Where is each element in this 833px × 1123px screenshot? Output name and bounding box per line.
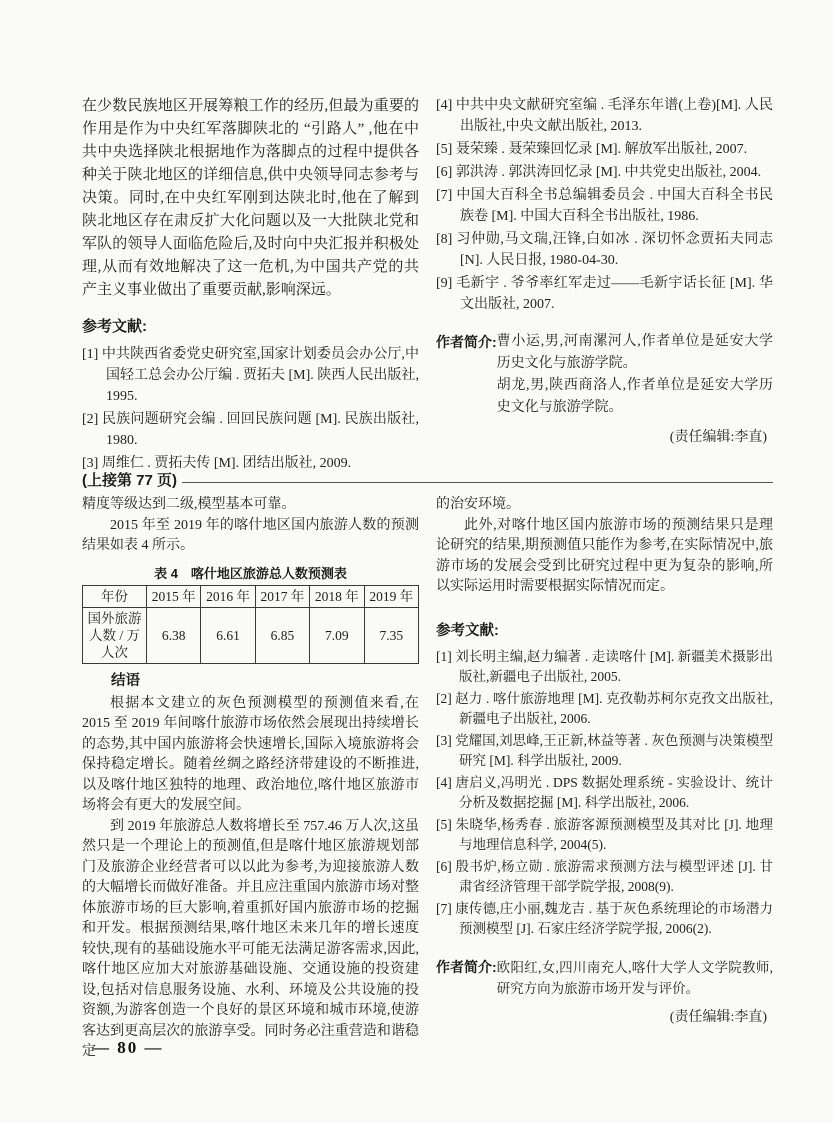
article2-paragraph: 的治安环境。 <box>436 495 773 516</box>
table-header-cell: 年份 <box>83 585 147 607</box>
reference-item: [2] 民族问题研究会编 . 回回民族问题 [M]. 民族出版社, 1980. <box>82 409 419 451</box>
article1-references-heading: 参考文献: <box>82 316 419 338</box>
reference-item: [2] 赵力 . 喀什旅游地理 [M]. 克孜勒苏柯尔克孜文出版社,新疆电子出版… <box>436 689 773 729</box>
author1-bio: 曹小运,男,河南漯河人,作者单位是延安大学历史文化与旅游学院。 <box>497 334 773 371</box>
continuation-header: (上接第 77 页) <box>82 470 773 492</box>
table4-tourist-forecast: 年份 2015 年 2016 年 2017 年 2018 年 2019 年 国外… <box>82 585 419 664</box>
article2-paragraph: 2015 年至 2019 年的喀什地区国内旅游人数的预测结果如表 4 所示。 <box>82 516 419 557</box>
table-header-cell: 2018 年 <box>310 585 364 607</box>
reference-item: [8] 习仲勋,马文瑞,汪锋,白如冰 . 深切怀念贾拓夫同志 [N]. 人民日报… <box>436 229 773 271</box>
article2-references-heading: 参考文献: <box>436 620 773 642</box>
reference-item: [7] 康传德,庄小丽,魏龙吉 . 基于灰色系统理论的市场潜力预测模型 [J].… <box>436 899 773 939</box>
reference-item: [6] 殷书炉,杨立勋 . 旅游需求预测方法与模型评述 [J]. 甘肃省经济管理… <box>436 857 773 897</box>
journal-page: 在少数民族地区开展筹粮工作的经历,但最为重要的作用是作为中央红军落脚陕北的 “引… <box>0 0 833 1123</box>
continuation-label: (上接第 77 页) <box>82 470 177 492</box>
reference-item: [9] 毛新宇 . 爷爷率红军走过——毛新宇话长征 [M]. 华文出版社, 20… <box>436 273 773 315</box>
reference-item: [5] 朱晓华,杨秀春 . 旅游客源预测模型及其对比 [J]. 地理与地理信息科… <box>436 815 773 855</box>
article1-author-bio: 作者简介: 曹小运,男,河南漯河人,作者单位是延安大学历史文化与旅游学院。 胡龙… <box>436 331 773 419</box>
table-value-cell: 6.38 <box>147 607 201 663</box>
author-bio-text: 欧阳红,女,四川南充人,喀什大学人文学院教师,研究方向为旅游市场开发与评价。 <box>497 957 773 999</box>
article2-editor-credit: (责任编辑:李直) <box>436 1007 773 1029</box>
author2-bio: 胡龙,男,陕西商洛人,作者单位是延安大学历史文化与旅游学院。 <box>497 378 773 415</box>
article1-left-column: 在少数民族地区开展筹粮工作的经历,但最为重要的作用是作为中央红军落脚陕北的 “引… <box>82 95 419 476</box>
reference-item: [3] 党耀国,刘思峰,王正新,林益等著 . 灰色预测与决策模型研究 [M]. … <box>436 731 773 771</box>
table-header-cell: 2015 年 <box>147 585 201 607</box>
table-header-row: 年份 2015 年 2016 年 2017 年 2018 年 2019 年 <box>83 585 419 607</box>
table-value-cell: 6.85 <box>255 607 309 663</box>
table-data-row: 国外旅游人数 / 万人次 6.38 6.61 6.85 7.09 7.35 <box>83 607 419 663</box>
article2-right-column: 的治安环境。 此外,对喀什地区国内旅游市场的预测结果只是理论研究的结果,期预测值… <box>436 495 773 1063</box>
article1-right-column: [4] 中共中央文献研究室编 . 毛泽东年谱(上卷)[M]. 人民出版社,中央文… <box>436 95 773 476</box>
article1-section: 在少数民族地区开展筹粮工作的经历,但最为重要的作用是作为中央红军落脚陕北的 “引… <box>82 95 773 476</box>
reference-item: [7] 中国大百科全书总编辑委员会 . 中国大百科全书民族卷 [M]. 中国大百… <box>436 185 773 227</box>
article2-section: (上接第 77 页) 精度等级达到二级,模型基本可靠。 2015 年至 2019… <box>82 470 773 1063</box>
article2-left-column: 精度等级达到二级,模型基本可靠。 2015 年至 2019 年的喀什地区国内旅游… <box>82 495 419 1063</box>
article2-paragraph: 根据本文建立的灰色预测模型的预测值来看,在 2015 至 2019 年间喀什旅游… <box>82 694 419 817</box>
article2-author-bio: 作者简介: 欧阳红,女,四川南充人,喀什大学人文学院教师,研究方向为旅游市场开发… <box>436 957 773 999</box>
article1-body-paragraph: 在少数民族地区开展筹粮工作的经历,但最为重要的作用是作为中央红军落脚陕北的 “引… <box>82 95 419 302</box>
table-value-cell: 7.09 <box>310 607 364 663</box>
author-bio-text: 曹小运,男,河南漯河人,作者单位是延安大学历史文化与旅游学院。 胡龙,男,陕西商… <box>497 331 773 419</box>
article2-paragraph: 精度等级达到二级,模型基本可靠。 <box>82 495 419 516</box>
table-value-cell: 7.35 <box>364 607 418 663</box>
table-value-cell: 6.61 <box>201 607 255 663</box>
reference-item: [4] 中共中央文献研究室编 . 毛泽东年谱(上卷)[M]. 人民出版社,中央文… <box>436 95 773 137</box>
author-bio-label: 作者简介: <box>436 331 497 419</box>
author-bio-label: 作者简介: <box>436 957 497 999</box>
table-header-cell: 2016 年 <box>201 585 255 607</box>
reference-item: [5] 聂荣臻 . 聂荣臻回忆录 [M]. 解放军出版社, 2007. <box>436 139 773 160</box>
continuation-divider-line <box>182 482 773 483</box>
table-row-label: 国外旅游人数 / 万人次 <box>83 607 147 663</box>
article2-paragraph: 此外,对喀什地区国内旅游市场的预测结果只是理论研究的结果,期预测值只能作为参考,… <box>436 516 773 598</box>
reference-item: [1] 中共陕西省委党史研究室,国家计划委员会办公厅,中国轻工总会办公厅编 . … <box>82 344 419 407</box>
table-header-cell: 2019 年 <box>364 585 418 607</box>
reference-item: [4] 唐启义,冯明光 . DPS 数据处理系统 - 实验设计、统计分析及数据挖… <box>436 773 773 813</box>
table-header-cell: 2017 年 <box>255 585 309 607</box>
article2-paragraph: 到 2019 年旅游总人数将增长至 757.46 万人次,这虽然只是一个理论上的… <box>82 817 419 1063</box>
article1-editor-credit: (责任编辑:李直) <box>436 427 773 449</box>
page-number: — 80 — <box>92 1038 164 1058</box>
table4-caption: 表 4 喀什地区旅游总人数预测表 <box>82 563 419 582</box>
reference-item: [1] 刘长明主编,赵力编著 . 走读喀什 [M]. 新疆美术摄影出版社,新疆电… <box>436 647 773 687</box>
conclusion-heading: 结语 <box>82 670 419 692</box>
reference-item: [6] 郭洪涛 . 郭洪涛回忆录 [M]. 中共党史出版社, 2004. <box>436 162 773 183</box>
